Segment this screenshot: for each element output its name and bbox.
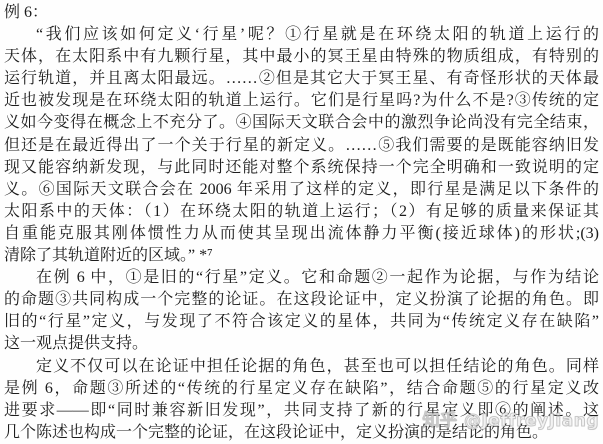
- text-line: 近也被发现是在环绕太阳的轨道上运行。它们是行星吗?为什么不是?③传统的定: [4, 90, 599, 112]
- text-line: 太阳系中的天体：（1）在环绕太阳的轨道上运行；（2）有足够的质量来保证其: [4, 201, 599, 223]
- text-line: 自重能克服其刚体惯性力从而使其呈现出流体静力平衡(接近球体)的形状;(3): [4, 223, 599, 245]
- text-line: 旧的“行星”定义，与发现了不符合该定义的星体，共同为“传统定义存在缺陷”: [4, 311, 599, 333]
- text-line: “我们应该如何定义‘行星’呢？①行星就是在环绕太阳的轨道上运行的: [4, 24, 599, 46]
- text-line: 义如今变得在概念上不充分了。④国际天文联合会中的激烈争论尚没有完全结束，: [4, 112, 599, 134]
- document-page: 例 6：“我们应该如何定义‘行星’呢？①行星就是在环绕太阳的轨道上运行的天体，在…: [0, 0, 603, 444]
- text-line: 这一观点提供支持。: [4, 333, 599, 355]
- text-line: 例 6：: [4, 2, 599, 24]
- text-line: 定义不仅可以在论证中担任论据的角色，甚至也可以担任结论的角色。同样: [4, 356, 599, 378]
- text-line: 是例 6，命题③所述的“传统的行星定义存在缺陷”，结合命题⑤的行星定义改: [4, 378, 599, 400]
- text-line: 清除了其轨道附近的区域。” *⁷: [4, 245, 599, 267]
- text-line: 在例 6 中，①是旧的“行星”定义。它和命题②一起作为论据，与作为结论: [4, 267, 599, 289]
- text-line: 运行轨道，并且离太阳最远。……②但是其它大于冥王星、有奇怪形状的天体最: [4, 68, 599, 90]
- document-text: 例 6：“我们应该如何定义‘行星’呢？①行星就是在环绕太阳的轨道上运行的天体，在…: [4, 2, 599, 444]
- text-line: 义。⑥国际天文联合会在 2006 年采用了这样的定义，即行星是满足以下条件的: [4, 179, 599, 201]
- text-line: 几个陈述也构成一个完整的论证，在这段论证中，定义扮演的是结论的角色。: [4, 422, 599, 444]
- text-line: 天体，在太阳系中有九颗行星，其中最小的冥王星由特殊的物质组成，有特别的: [4, 46, 599, 68]
- text-line: 的命题③共同构成一个完整的论证。在这段论证中，定义扮演了论据的角色。即: [4, 289, 599, 311]
- text-line: 现又能容纳新发现，与此同时还能对整个系统保持一个完全明确和一致说明的定: [4, 157, 599, 179]
- text-line: 进要求——即“同时兼容新旧发现”，共同支持了新的行星定义即⑥的阐述。这: [4, 400, 599, 422]
- text-line: 但还是在最近得出了一个关于行星的新定义。……⑤我们需要的是既能容纳旧发: [4, 135, 599, 157]
